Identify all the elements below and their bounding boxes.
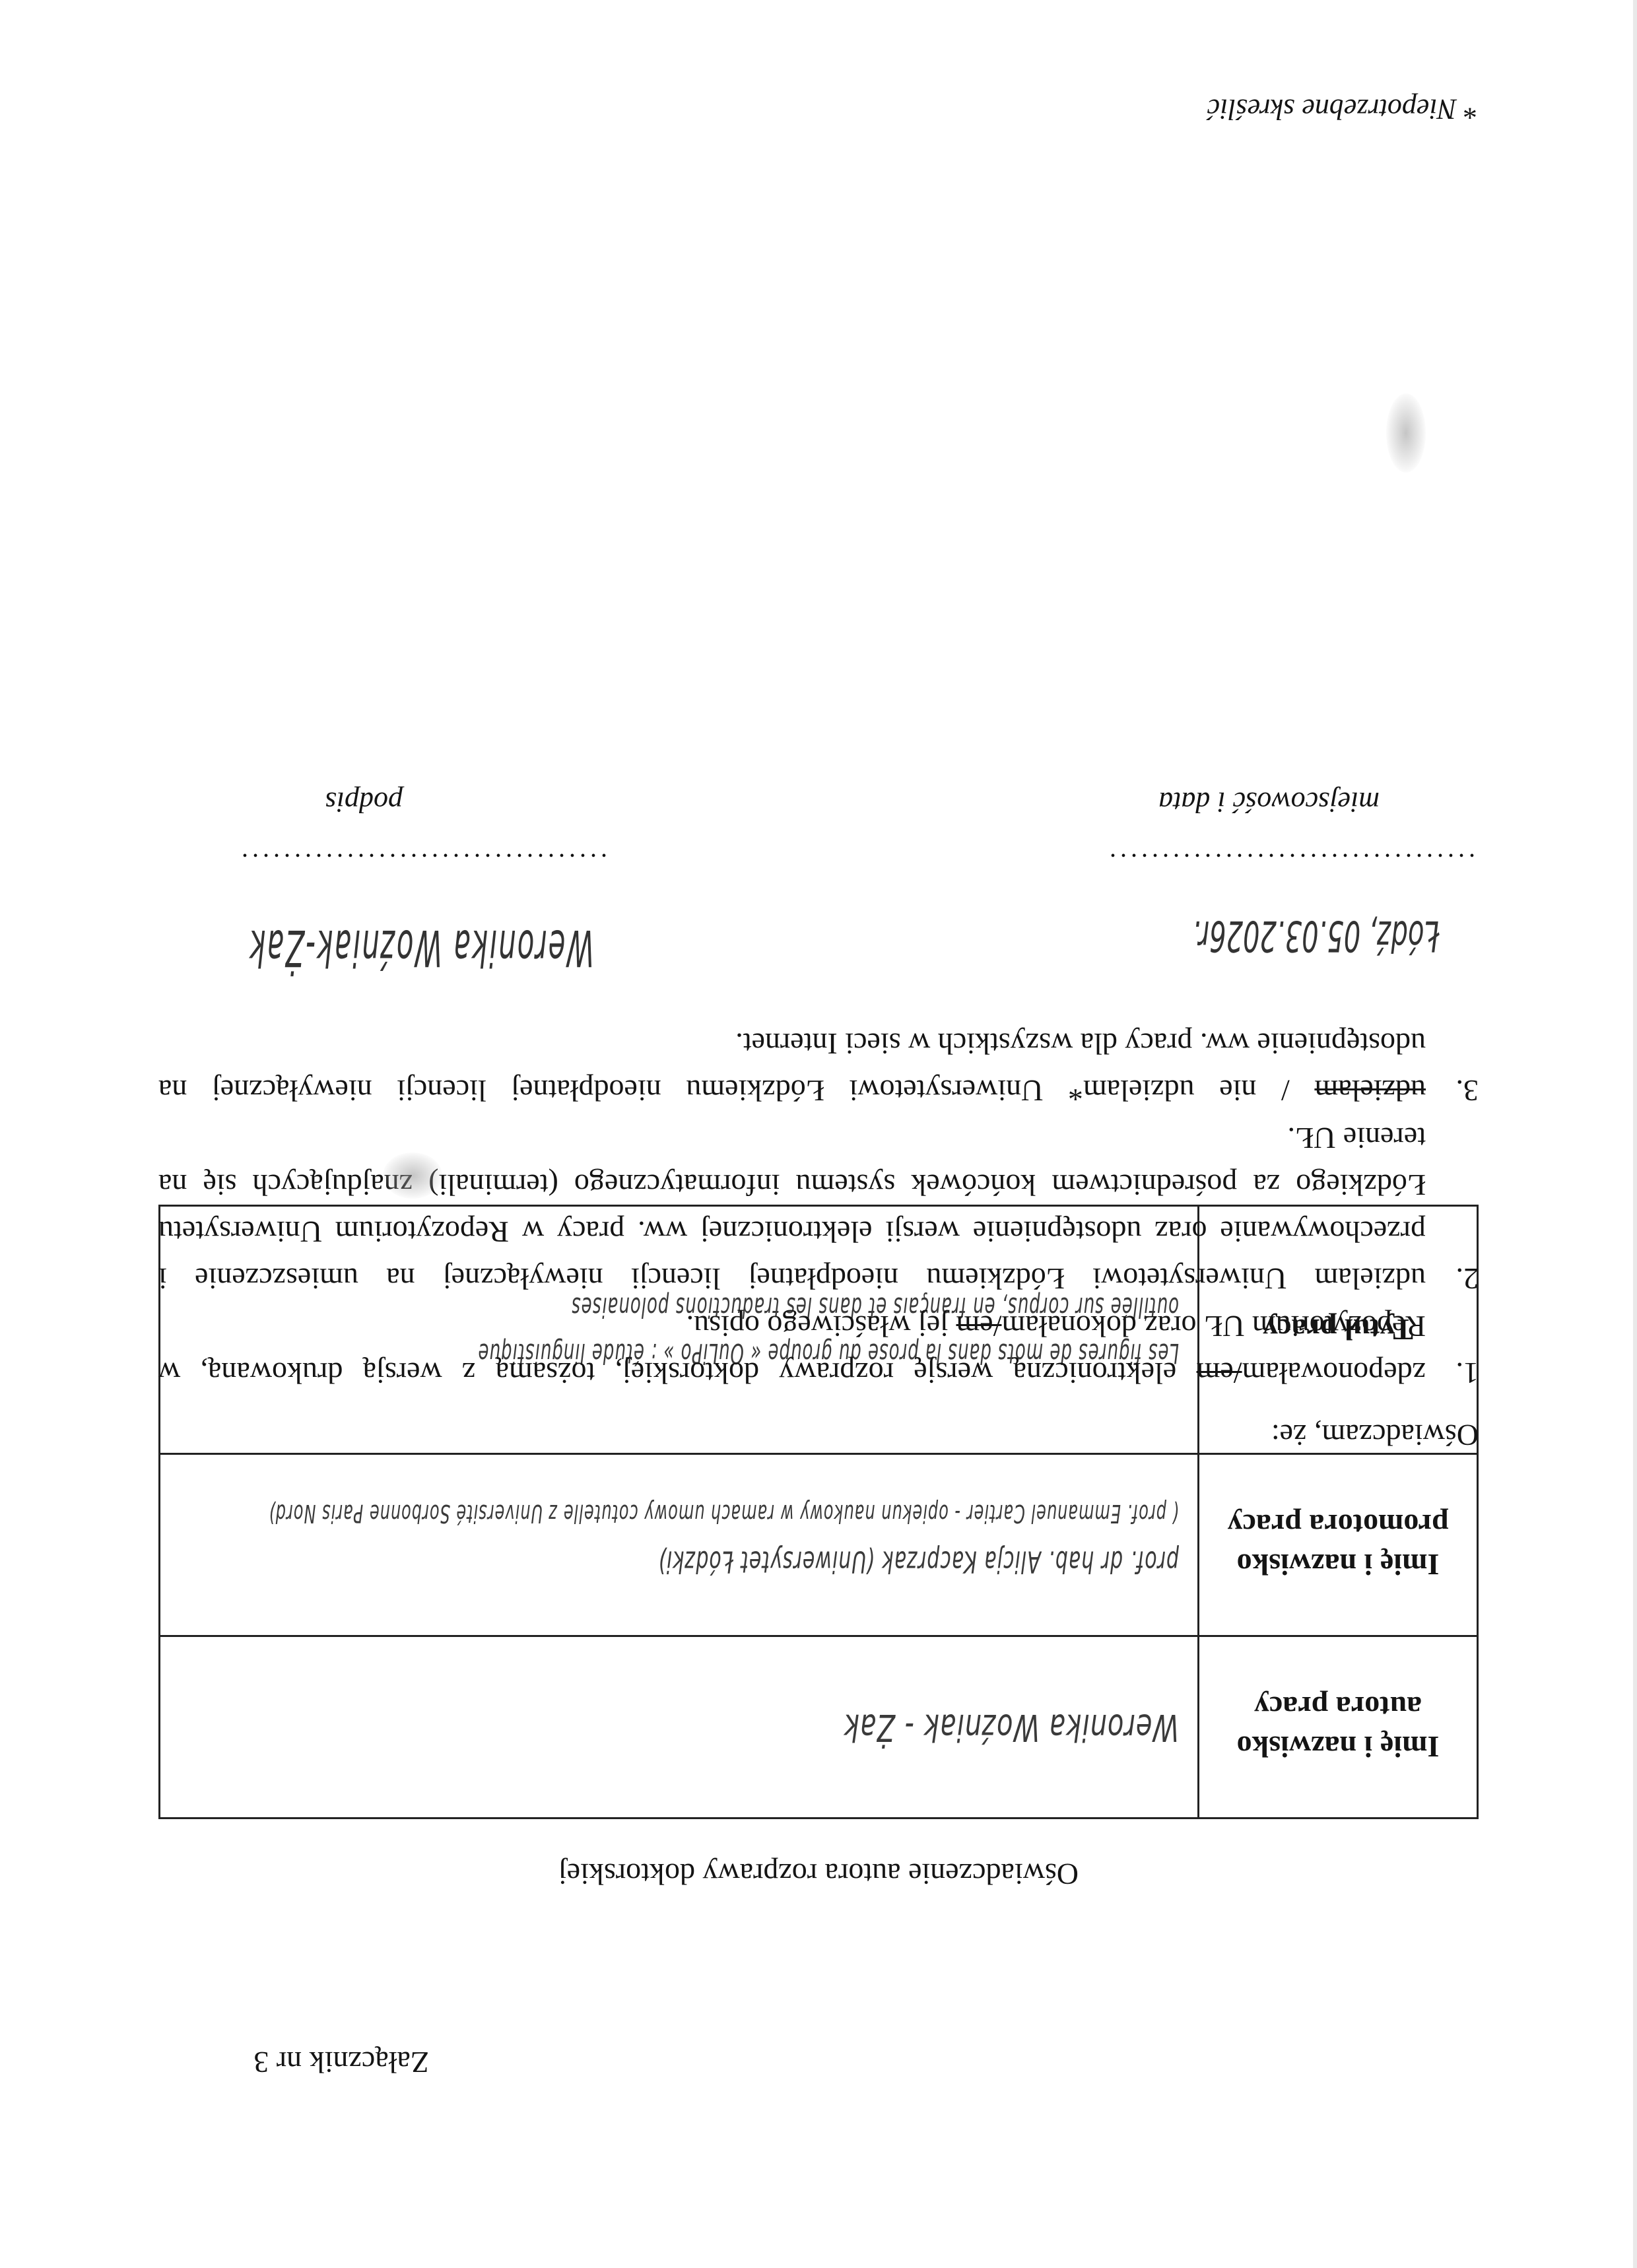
supervisor-value: prof. dr hab. Alicja Kacprzak (Uniwersyt… [160, 1454, 1199, 1636]
declarations-list: 1. zdeponowałam/em elektroniczną wersję … [158, 1020, 1479, 1397]
author-value: Weronika Woźniak - Żak [160, 1636, 1199, 1818]
place-date-caption: miejscowość i data [1158, 785, 1380, 819]
author-label: Imię i nazwisko autora pracy [1199, 1636, 1478, 1818]
scan-edge [1633, 0, 1637, 2268]
attachment-label: Załącznik nr 3 [253, 2045, 429, 2080]
supervisor-label: Imię i nazwisko promotora pracy [1199, 1454, 1478, 1636]
declaration-intro: Oświadczam, że: [1271, 1418, 1479, 1453]
scan-speck [1386, 393, 1426, 473]
declaration-page: Załącznik nr 3 Oświadczenie autora rozpr… [0, 0, 1637, 2268]
declaration-item-1: 1. zdeponowałam/em elektroniczną wersję … [158, 1302, 1479, 1397]
author-name-handwritten: Weronika Woźniak - Żak [844, 1706, 1179, 1748]
table-row-author: Imię i nazwisko autora pracy Weronika Wo… [160, 1636, 1478, 1818]
supervisor-name-handwritten: prof. dr hab. Alicja Kacprzak (Uniwersyt… [179, 1543, 1179, 1578]
declaration-item-3: 3. udzielam / nie udzielam* Uniwersyteto… [158, 1020, 1479, 1115]
declaration-item-2: 2. udzielam Uniwersytetowi Łódzkiemu nie… [158, 1114, 1479, 1302]
signature-handwritten: Weronika Woźniak-Żak [248, 919, 594, 977]
scan-speck [383, 1152, 442, 1199]
document-title: Oświadczenie autora rozprawy doktorskiej [0, 1857, 1637, 1892]
struck-text: udzielam [1314, 1074, 1426, 1108]
footnote: * Niepotrzebne skreślić [1207, 92, 1479, 126]
place-date-handwritten: Łódź, 05.03.2026r. [1193, 911, 1439, 960]
table-row-supervisor: Imię i nazwisko promotora pracy prof. dr… [160, 1454, 1478, 1636]
co-supervisor-handwritten: ( prof. Emmanuel Cartier - opiekun nauko… [179, 1499, 1179, 1529]
struck-text: /em [1197, 1356, 1242, 1390]
signature-dotted-line: ................................... [238, 848, 607, 879]
struck-text: /em [956, 1310, 1001, 1343]
signature-caption: podpis [325, 785, 403, 819]
place-date-dotted-line: ................................... [1106, 848, 1475, 879]
